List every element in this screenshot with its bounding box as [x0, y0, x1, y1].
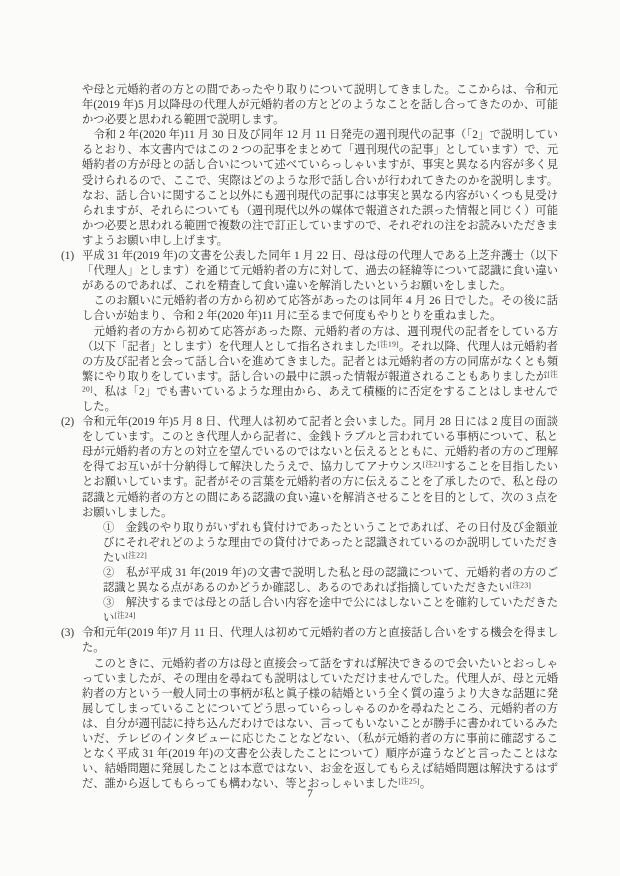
document-body: や母と元婚約者の方との間であったやり取りについて説明してきました。ここからは、令…	[82, 83, 558, 792]
item-2-number: (2)	[61, 415, 74, 430]
item-1-number: (1)	[61, 249, 74, 264]
circled-number-2: ②	[103, 567, 115, 579]
item-3-number: (3)	[61, 626, 74, 641]
numbered-item-3: (3) 令和元年(2019 年)7 月 11 日、代理人は初めて元婚約者の方と直…	[82, 626, 558, 792]
request-item-1: ① 金銭のやり取りがいずれも貸付けであったということであれば、その日付及び金額並…	[103, 521, 558, 566]
item-1-paragraph-2: このお願いに元婚約者の方から初めて応答があったのは同年 4 月 26 日でした。…	[82, 294, 558, 324]
note-ref-24: [注24]	[114, 611, 136, 620]
request-item-2: ② 私が平成 31 年(2019 年)の文書で説明した私と母の認識について、元婚…	[103, 566, 558, 596]
item-2-paragraph-1: 令和元年(2019 年)5 月 8 日、代理人は初めて記者と会いました。同月 2…	[82, 415, 558, 521]
intro-paragraph-continuation: や母と元婚約者の方との間であったやり取りについて説明してきました。ここからは、令…	[82, 83, 558, 128]
note-ref-25: [注25]	[398, 777, 420, 786]
circled-number-1: ①	[103, 522, 114, 534]
item-1-paragraph-1: 平成 31 年(2019 年)の文書を公表した同年 1 月 22 日、母は母の代…	[82, 249, 558, 294]
item-3-paragraph-1: 令和元年(2019 年)7 月 11 日、代理人は初めて元婚約者の方と直接話し合…	[82, 626, 558, 656]
text-run: 解決するまでは母との話し合い内容を途中で公にはしないことを確約していただきたい	[103, 597, 558, 624]
note-ref-22: [注22]	[126, 550, 148, 559]
document-page: や母と元婚約者の方との間であったやり取りについて説明してきました。ここからは、令…	[0, 0, 620, 876]
circled-number-3: ③	[103, 597, 114, 609]
item-3-paragraph-2: このときに、元婚約者の方は母と直接会って話をすれば解決できるので会いたいとおっし…	[82, 657, 558, 793]
numbered-item-1: (1) 平成 31 年(2019 年)の文書を公表した同年 1 月 22 日、母…	[82, 249, 558, 415]
intro-paragraph-weekly-gendai: 令和 2 年(2020 年)11 月 30 日及び同年 12 月 11 日発売の…	[82, 128, 558, 249]
text-run: このときに、元婚約者の方は母と直接会って話をすれば解決できるので会いたいとおっし…	[82, 658, 558, 791]
note-ref-23: [注23]	[510, 581, 532, 590]
numbered-item-2: (2) 令和元年(2019 年)5 月 8 日、代理人は初めて記者と会いました。…	[82, 415, 558, 626]
text-run: 私が平成 31 年(2019 年)の文書で説明した私と母の認識について、元婚約者…	[103, 567, 558, 594]
request-item-3: ③ 解決するまでは母との話し合い内容を途中で公にはしないことを確約していただきた…	[103, 596, 558, 626]
text-run: 、私は「2」でも書いているような理由から、あえて積極的に否定をすることはしません…	[82, 386, 558, 413]
text-run: 金銭のやり取りがいずれも貸付けであったということであれば、その日付及び金額並びに…	[103, 522, 558, 564]
page-number: 7	[0, 788, 620, 800]
note-ref-21: [注21]	[423, 460, 445, 469]
item-1-paragraph-3: 元婚約者の方から初めて応答があった際、元婚約者の方は、週刊現代の記者をしている方…	[82, 325, 558, 416]
note-ref-19: [注19]	[377, 339, 399, 348]
